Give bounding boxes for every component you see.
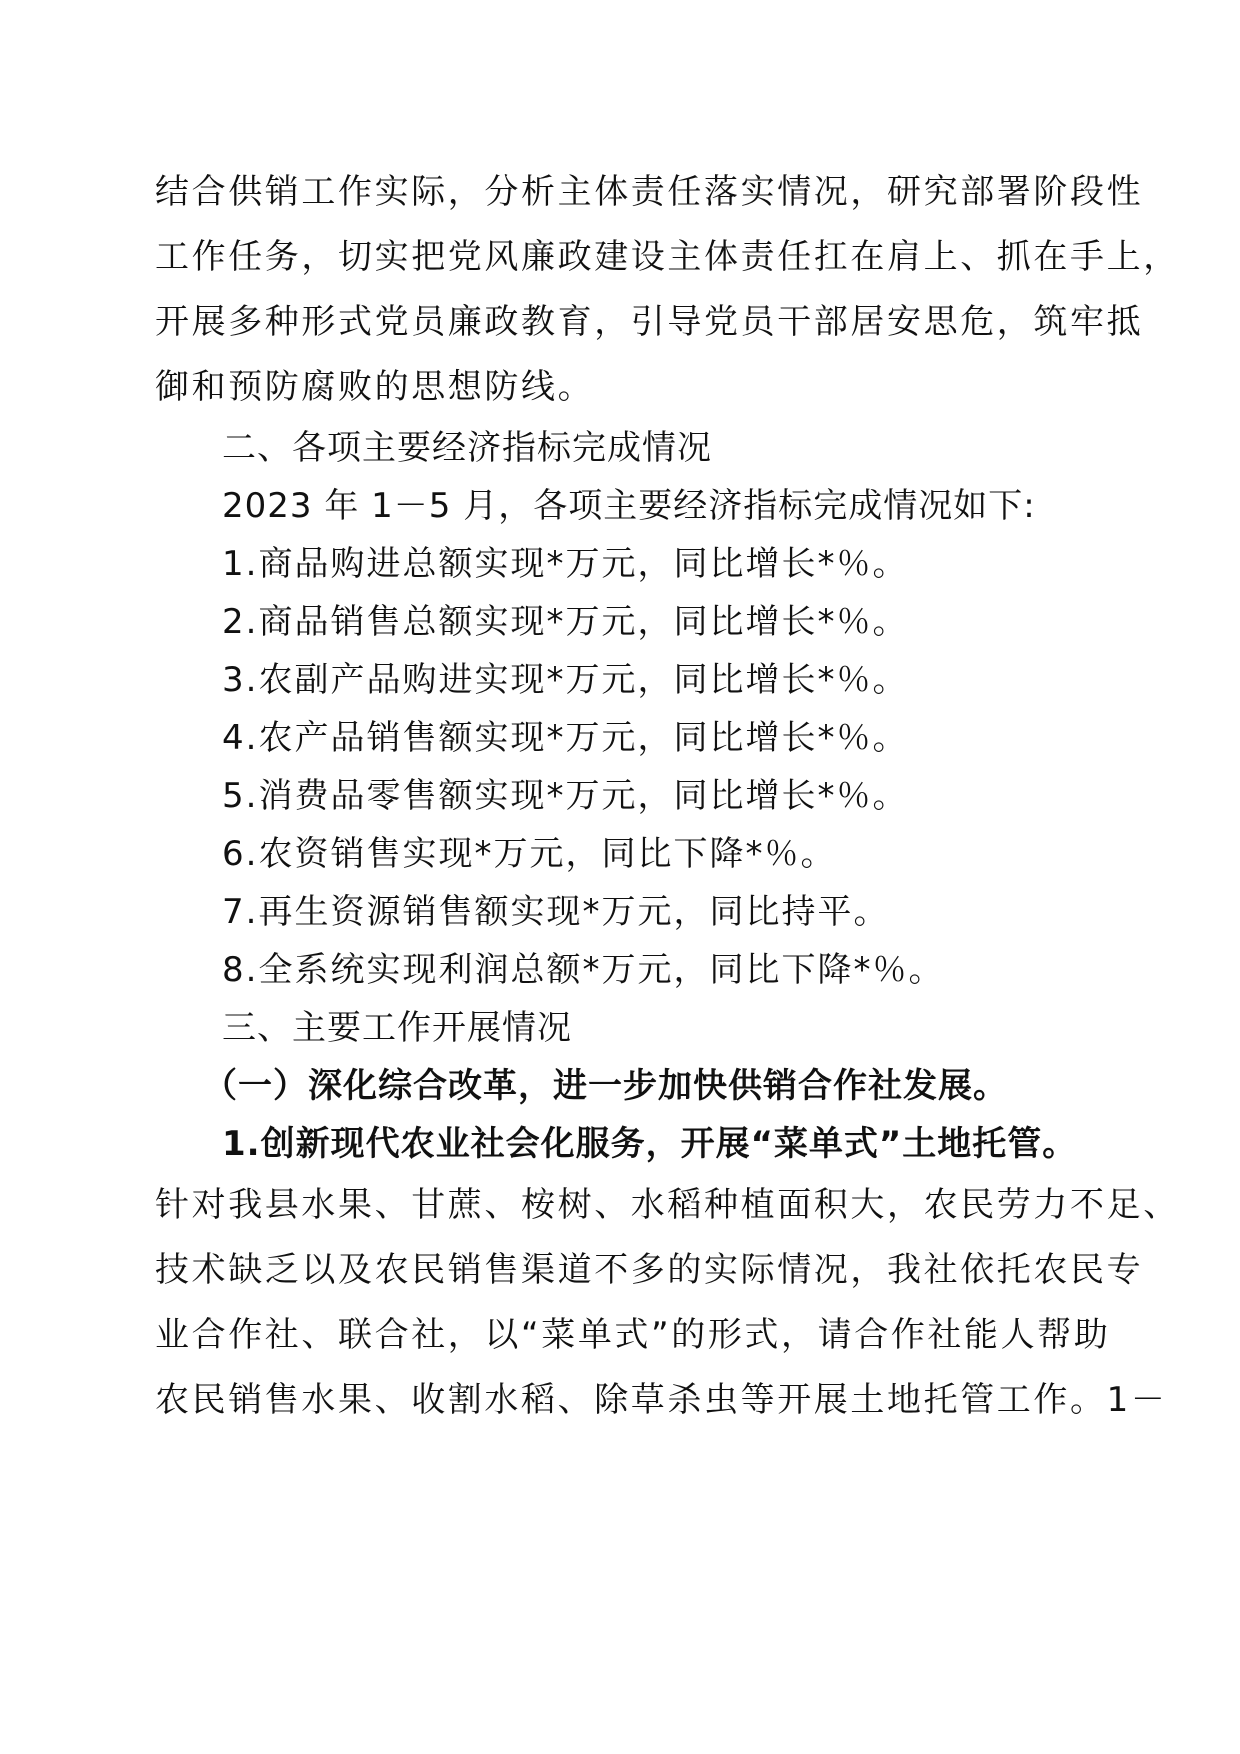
paragraph-line: 农民销售水果、收割水稻、除草杀虫等开展土地托管工作。1－: [155, 1380, 1167, 1420]
indicator-item: 8.全系统实现利润总额*万元，同比下降*％。: [222, 950, 944, 990]
item-title: 1.创新现代农业社会化服务，开展“菜单式”土地托管。: [222, 1124, 1077, 1164]
paragraph-line: 御和预防腐败的思想防线。: [155, 367, 594, 407]
indicator-item: 6.农资销售实现*万元，同比下降*％。: [222, 834, 836, 874]
indicator-item: 3.农副产品购进实现*万元，同比增长*％。: [222, 660, 908, 700]
paragraph-line: 业合作社、联合社，以“菜单式”的形式，请合作社能人帮助: [155, 1315, 1110, 1355]
section-intro: 2023 年 1－5 月，各项主要经济指标完成情况如下:: [222, 486, 1036, 526]
section-heading: 二、各项主要经济指标完成情况: [222, 428, 712, 468]
indicator-item: 1.商品购进总额实现*万元，同比增长*％。: [222, 544, 908, 584]
indicator-item: 7.再生资源销售额实现*万元，同比持平。: [222, 892, 889, 932]
paragraph-line: 结合供销工作实际，分析主体责任落实情况，研究部署阶段性: [155, 172, 1143, 212]
paragraph-line: 技术缺乏以及农民销售渠道不多的实际情况，我社依托农民专: [155, 1250, 1143, 1290]
paragraph-line: 针对我县水果、甘蔗、桉树、水稻种植面积大，农民劳力不足、: [155, 1185, 1180, 1225]
indicator-item: 5.消费品零售额实现*万元，同比增长*％。: [222, 776, 908, 816]
paragraph-line: 开展多种形式党员廉政教育，引导党员干部居安思危，筑牢抵: [155, 302, 1143, 342]
indicator-item: 2.商品销售总额实现*万元，同比增长*％。: [222, 602, 908, 642]
subsection-heading: （一）深化综合改革，进一步加快供销合作社发展。: [203, 1066, 1008, 1106]
section-heading: 三、主要工作开展情况: [222, 1008, 572, 1048]
paragraph-line: 工作任务，切实把党风廉政建设主体责任扛在肩上、抓在手上，: [155, 237, 1180, 277]
indicator-item: 4.农产品销售额实现*万元，同比增长*％。: [222, 718, 908, 758]
